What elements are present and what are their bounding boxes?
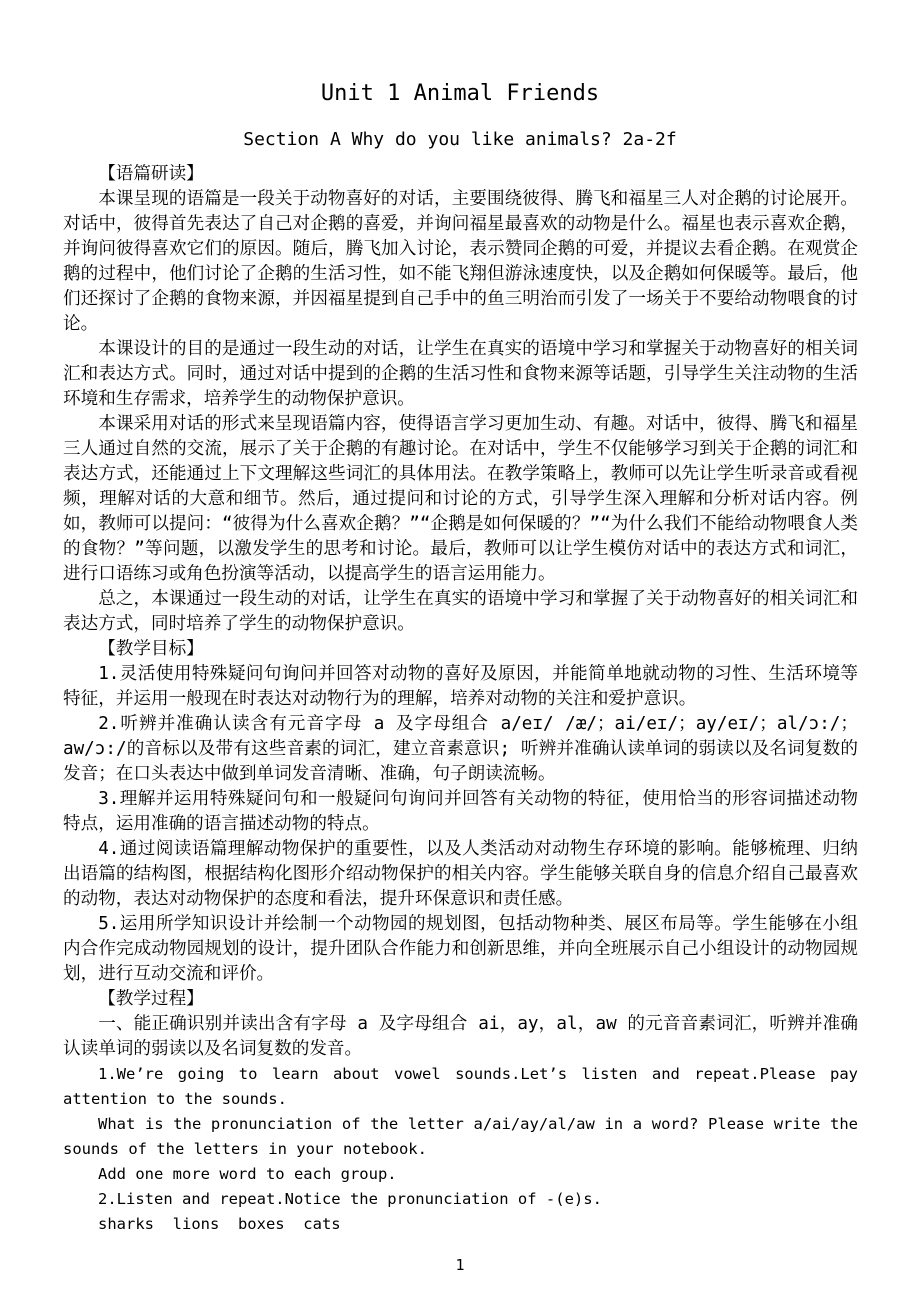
paragraph: 本课呈现的语篇是一段关于动物喜好的对话，主要围绕彼得、腾飞和福星三人对企鹅的讨论… [63, 187, 858, 337]
paragraph: 1.We’re going to learn about vowel sound… [63, 1062, 858, 1112]
document-title: Unit 1 Animal Friends [0, 0, 920, 109]
document-body: 【语篇研读】 本课呈现的语篇是一段关于动物喜好的对话，主要围绕彼得、腾飞和福星三… [63, 162, 858, 1237]
paragraph: 总之，本课通过一段生动的对话，让学生在真实的语境中学习和掌握了关于动物喜好的相关… [63, 587, 858, 637]
document-subtitle: Section A Why do you like animals? 2a-2f [0, 128, 920, 152]
paragraph: 4.通过阅读语篇理解动物保护的重要性，以及人类活动对动物生存环境的影响。能够梳理… [63, 837, 858, 912]
paragraph: 2.听辨并准确认读含有元音字母 a 及字母组合 a/eɪ/ /æ/；ai/eɪ/… [63, 712, 858, 787]
paragraph: 1.灵活使用特殊疑问句询问并回答对动物的喜好及原因，并能简单地就动物的习性、生活… [63, 662, 858, 712]
paragraph: 2.Listen and repeat.Notice the pronuncia… [63, 1187, 858, 1212]
section-heading-teaching-objectives: 【教学目标】 [63, 637, 858, 662]
paragraph: 3.理解并运用特殊疑问句和一般疑问句询问并回答有关动物的特征，使用恰当的形容词描… [63, 787, 858, 837]
paragraph: 本课采用对话的形式来呈现语篇内容，使得语言学习更加生动、有趣。对话中，彼得、腾飞… [63, 412, 858, 587]
document-page: Unit 1 Animal Friends Section A Why do y… [0, 0, 920, 1302]
section-heading-text-analysis: 【语篇研读】 [63, 162, 858, 187]
paragraph: 本课设计的目的是通过一段生动的对话，让学生在真实的语境中学习和掌握关于动物喜好的… [63, 337, 858, 412]
paragraph: What is the pronunciation of the letter … [63, 1112, 858, 1162]
paragraph: 5.运用所学知识设计并绘制一个动物园的规划图，包括动物种类、展区布局等。学生能够… [63, 912, 858, 987]
page-number: 1 [0, 1256, 920, 1274]
paragraph: 一、能正确识别并读出含有字母 a 及字母组合 ai，ay，al，aw 的元音音素… [63, 1012, 858, 1062]
paragraph-word-list: sharks lions boxes cats [63, 1212, 858, 1237]
paragraph: Add one more word to each group. [63, 1162, 858, 1187]
section-heading-teaching-process: 【教学过程】 [63, 987, 858, 1012]
